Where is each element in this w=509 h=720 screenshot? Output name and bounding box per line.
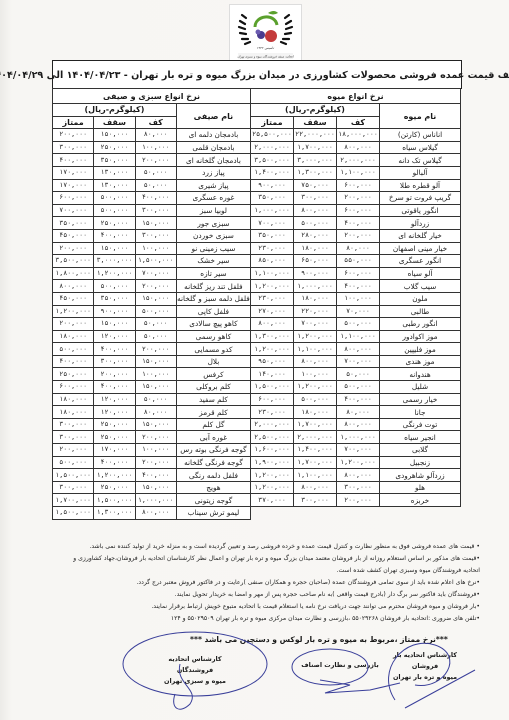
veg-row: پیاز زرد۵۰,۰۰۰۱۳۰,۰۰۰۱۷۰,۰۰۰: [53, 166, 251, 179]
veg-cell-name: سیر خشک: [176, 255, 250, 268]
veg-row: غوره آبی۲۰۰,۰۰۰۲۵۰,۰۰۰۳۰۰,۰۰۰: [53, 431, 251, 444]
veg-cell-name: سیر تازه: [176, 267, 250, 280]
veg-row: گوجه فرنگی گلخانه۲۰۰,۰۰۰۴۰۰,۰۰۰۵۰۰,۰۰۰: [53, 456, 251, 469]
fruit-row: هلو۳۰۰,۰۰۰۸۰۰,۰۰۰۱,۲۰۰,۰۰۰: [251, 481, 461, 494]
veg-cell-min: ۱,۵۰۰,۰۰۰: [135, 255, 176, 268]
note-4: •فروشندگان باید فاکتور سر برگ دار (بادرج…: [60, 589, 480, 601]
veg-cell-name: گوجه فرنگی بوته رس: [176, 444, 250, 457]
veg-cell-premium: ۸۰۰,۰۰۰: [53, 280, 94, 293]
fruit-cell-min: ۸۰۰,۰۰۰: [337, 418, 380, 431]
note-5: •بار فروشان و میوه فروشان محترم می توانن…: [60, 601, 480, 613]
veg-cell-max: ۴۰۰,۰۰۰: [94, 456, 135, 469]
fruit-cell-max: ۱,۱۰۰,۰۰۰: [294, 343, 337, 356]
fruit-row: انجیر سیاه۱,۰۰۰,۰۰۰۲,۰۰۰,۰۰۰۲,۵۰۰,۰۰۰: [251, 431, 461, 444]
veg-cell-max: ۱۵۰,۰۰۰: [94, 242, 135, 255]
note-1: • قیمت های عمده فروشی فوق به منظور نظارت…: [60, 541, 480, 553]
fruit-cell-max: ۱,۷۰۰,۰۰۰: [294, 418, 337, 431]
fruit-cell-name: موز فلیپین: [380, 343, 461, 356]
veg-cell-min: ۵۰,۰۰۰: [135, 179, 176, 192]
fruit-cell-min: ۸۰,۰۰۰: [337, 242, 380, 255]
veg-cell-max: ۲۵۰,۰۰۰: [94, 141, 135, 154]
fruit-cell-min: ۱,۲۰۰,۰۰۰: [337, 456, 380, 469]
veg-cell-max: ۱۲۰,۰۰۰: [94, 393, 135, 406]
fruit-cell-min: ۶۰۰,۰۰۰: [337, 179, 380, 192]
signature-scribble-icon: [290, 645, 410, 705]
veg-cell-premium: ۴۵۰,۰۰۰: [53, 229, 94, 242]
fruit-wreath-logo-icon: تاسیس ۱۳۴۲ اتحادیه صنف فروشندگان میوه و …: [230, 5, 301, 61]
fruit-cell-min: ۸۰۰,۰۰۰: [337, 343, 380, 356]
veg-row: بادمجان گلخانه ای۲۰۰,۰۰۰۳۵۰,۰۰۰۴۰۰,۰۰۰: [53, 154, 251, 167]
fruit-cell-name: انگور یاقوتی: [380, 204, 461, 217]
fruit-cell-name: هندوانه: [380, 368, 461, 381]
fruit-cell-premium: ۲۳۰,۰۰۰: [251, 406, 294, 419]
veg-cell-name: فلفل دلمه سبز و گلخانه: [176, 292, 250, 305]
veg-cell-name: کرفس: [176, 368, 250, 381]
veg-cell-premium: ۶۰۰,۰۰۰: [53, 192, 94, 205]
fruit-cell-min: ۱۸,۰۰۰,۰۰۰: [337, 129, 380, 142]
fruit-cell-premium: ۳۷۰,۰۰۰: [251, 494, 294, 507]
fruit-row: انگور رطبی۵۰۰,۰۰۰۷۰۰,۰۰۰۸۰۰,۰۰۰: [251, 318, 461, 331]
veg-cell-premium: ۳۵۰,۰۰۰: [53, 217, 94, 230]
logo-caption-text: اتحادیه صنف فروشندگان میوه و سبزی تهران: [237, 55, 293, 59]
fruit-cell-name: آلبالو: [380, 166, 461, 179]
veg-cell-max: ۴۰۰,۰۰۰: [94, 381, 135, 394]
veg-cell-premium: ۴۰۰,۰۰۰: [53, 355, 94, 368]
veg-cell-min: ۱۰۰,۰۰۰: [135, 444, 176, 457]
signature-inspection: بازرسی و نظارت اصناف: [300, 660, 380, 671]
veg-cell-max: ۳,۰۰۰,۰۰۰: [94, 255, 135, 268]
fruit-cell-premium: ۳۵۰,۰۰۰: [251, 192, 294, 205]
veg-cell-name: کلم سفید: [176, 393, 250, 406]
veg-cell-premium: ۱۷۰,۰۰۰: [53, 166, 94, 179]
veg-cell-min: ۸۰۰,۰۰۰: [135, 507, 176, 520]
fruit-cell-max: ۲۲۰,۰۰۰: [294, 305, 337, 318]
fruit-cell-min: ۳۰۰,۰۰۰: [337, 481, 380, 494]
fruit-cell-premium: ۱,۲۰۰,۰۰۰: [251, 280, 294, 293]
veg-cell-max: ۱,۲۰۰,۰۰۰: [94, 469, 135, 482]
veg-row: کاهو پیچ سالادی۵۰,۰۰۰۱۵۰,۰۰۰۲۰۰,۰۰۰: [53, 318, 251, 331]
fruit-cell-premium: ۱۴۰,۰۰۰: [251, 368, 294, 381]
fruit-cell-max: ۱,۱۰۰,۰۰۰: [294, 469, 337, 482]
fruit-cell-premium: ۲,۵۰۰,۰۰۰: [251, 431, 294, 444]
veg-cell-premium: ۱۸۰,۰۰۰: [53, 393, 94, 406]
fruit-cell-max: ۱,۰۰۰,۰۰۰: [294, 280, 337, 293]
fruit-cell-premium: ۱,۴۰۰,۰۰۰: [251, 166, 294, 179]
veg-cell-min: ۵۰,۰۰۰: [135, 166, 176, 179]
veg-cell-max: ۱۲۰,۰۰۰: [94, 406, 135, 419]
fruit-cell-max: ۲۸۰,۰۰۰: [294, 229, 337, 242]
fruit-row: سیب گلاب۴۰۰,۰۰۰۱,۰۰۰,۰۰۰۱,۲۰۰,۰۰۰: [251, 280, 461, 293]
veg-cell-max: ۲۵۰,۰۰۰: [94, 418, 135, 431]
veg-cell-max: ۱۵۰,۰۰۰: [94, 318, 135, 331]
veg-row: هویج۱۵۰,۰۰۰۲۵۰,۰۰۰۳۰۰,۰۰۰: [53, 481, 251, 494]
fruit-cell-min: ۱,۰۰۰,۰۰۰: [337, 431, 380, 444]
veg-cell-premium: ۱,۵۰۰,۰۰۰: [53, 469, 94, 482]
veg-cell-min: ۵۰,۰۰۰: [135, 318, 176, 331]
veg-cell-name: کلم قرمز: [176, 406, 250, 419]
fruit-cell-name: خربزه: [380, 494, 461, 507]
veg-section-title: نرخ انواع سبزی و صیفی: [53, 89, 251, 104]
veg-row: گل کلم۱۵۰,۰۰۰۲۵۰,۰۰۰۳۰۰,۰۰۰: [53, 418, 251, 431]
fruit-row: شلیل۵۰۰,۰۰۰۱,۲۰۰,۰۰۰۱,۵۰۰,۰۰۰: [251, 381, 461, 394]
fruit-row: موز فلیپین۸۰۰,۰۰۰۱,۱۰۰,۰۰۰۱,۲۰۰,۰۰۰: [251, 343, 461, 356]
veg-cell-max: ۲۵۰,۰۰۰: [94, 431, 135, 444]
veg-cell-name: بادمجان گلخانه ای: [176, 154, 250, 167]
veg-cell-max: ۱۵۰,۰۰۰: [94, 129, 135, 142]
fruit-cell-min: ۵۰۰,۰۰۰: [337, 381, 380, 394]
veg-row: سبزی جور۱۵۰,۰۰۰۲۵۰,۰۰۰۳۵۰,۰۰۰: [53, 217, 251, 230]
fruit-row: خیار رسمی۴۰۰,۰۰۰۵۰۰,۰۰۰۶۰۰,۰۰۰: [251, 393, 461, 406]
veg-cell-name: کدو مسمایی: [176, 343, 250, 356]
veg-cell-min: ۴۰۰,۰۰۰: [135, 192, 176, 205]
veg-cell-min: ۴۰۰,۰۰۰: [135, 469, 176, 482]
fruit-cell-name: زردآلو: [380, 217, 461, 230]
veg-cell-name: لوبیا سبز: [176, 204, 250, 217]
fruit-row: زردآلو شاهرودی۸۰۰,۰۰۰۱,۱۰۰,۰۰۰۱,۲۰۰,۰۰۰: [251, 469, 461, 482]
veg-cell-min: ۱۵۰,۰۰۰: [135, 481, 176, 494]
veg-row: بلال۱۵۰,۰۰۰۳۰۰,۰۰۰۴۰۰,۰۰۰: [53, 355, 251, 368]
veg-cell-max: ۹۰۰,۰۰۰: [94, 305, 135, 318]
fruit-cell-max: ۱۸۰,۰۰۰: [294, 242, 337, 255]
veg-cell-premium: ۱,۸۰۰,۰۰۰: [53, 267, 94, 280]
veg-cell-name: کلم بروکلی: [176, 381, 250, 394]
veg-cell-premium: ۲۰۰,۰۰۰: [53, 129, 94, 142]
fruit-cell-max: ۲,۰۰۰,۰۰۰: [294, 431, 337, 444]
veg-row: فلفل کاپی۵۰۰,۰۰۰۹۰۰,۰۰۰۱,۲۰۰,۰۰۰: [53, 305, 251, 318]
veg-cell-min: ۲۰۰,۰۰۰: [135, 154, 176, 167]
fruit-row: گیلاس تک دانه۲,۰۰۰,۰۰۰۳,۰۰۰,۰۰۰۳,۵۰۰,۰۰۰: [251, 154, 461, 167]
veg-cell-min: ۳۰۰,۰۰۰: [135, 204, 176, 217]
veg-cell-name: فلفل تند ریز گلخانه: [176, 280, 250, 293]
veg-row: کرفس۱۰۰,۰۰۰۲۰۰,۰۰۰۲۵۰,۰۰۰: [53, 368, 251, 381]
veg-cell-max: ۵۰۰,۰۰۰: [94, 204, 135, 217]
fruit-cell-premium: ۱,۱۰۰,۰۰۰: [251, 267, 294, 280]
veg-cell-name: لیمو ترش سیناب: [176, 507, 250, 520]
veg-cell-max: ۴۰۰,۰۰۰: [94, 343, 135, 356]
veg-cell-max: ۱۲۰,۰۰۰: [94, 330, 135, 343]
veg-cell-max: ۱۳۰,۰۰۰: [94, 166, 135, 179]
veg-cell-max: ۳۵۰,۰۰۰: [94, 292, 135, 305]
fruit-cell-premium: ۱,۲۰۰,۰۰۰: [251, 481, 294, 494]
fruit-cell-name: خیار مینی اصفهان: [380, 242, 461, 255]
fruit-cell-max: ۱,۲۰۰,۰۰۰: [294, 381, 337, 394]
veg-cell-name: هویج: [176, 481, 250, 494]
veg-cell-name: گوجه فرنگی گلخانه: [176, 456, 250, 469]
veg-cell-min: ۲۰۰,۰۰۰: [135, 456, 176, 469]
fruit-cell-max: ۸۰۰,۰۰۰: [294, 481, 337, 494]
fruit-row: جانا۸۰,۰۰۰۱۸۰,۰۰۰۲۳۰,۰۰۰: [251, 406, 461, 419]
fruit-row: گریپ فروت تو سرخ۲۰۰,۰۰۰۳۰۰,۰۰۰۳۵۰,۰۰۰: [251, 192, 461, 205]
fruit-cell-premium: ۱,۳۰۰,۰۰۰: [251, 330, 294, 343]
fruit-cell-max: ۱,۳۰۰,۰۰۰: [294, 166, 337, 179]
veg-row: کدو مسمایی۲۰۰,۰۰۰۴۰۰,۰۰۰۵۰۰,۰۰۰: [53, 343, 251, 356]
veg-cell-min: ۱۰۰,۰۰۰: [135, 368, 176, 381]
fruit-cell-min: ۸۰,۰۰۰: [337, 406, 380, 419]
fruit-cell-premium: ۱,۲۰۰,۰۰۰: [251, 469, 294, 482]
veg-cell-premium: ۶۰۰,۰۰۰: [53, 381, 94, 394]
veg-row: لیمو ترش سیناب۸۰۰,۰۰۰۱,۳۰۰,۰۰۰۱,۵۰۰,۰۰۰: [53, 507, 251, 520]
veg-cell-max: ۵۰۰,۰۰۰: [94, 192, 135, 205]
veg-cell-min: ۲۰۰,۰۰۰: [135, 280, 176, 293]
veg-cell-premium: ۴۰۰,۰۰۰: [53, 154, 94, 167]
note-3: •نرخ های اعلام شده باید از سوی تمامی فرو…: [60, 577, 480, 589]
fruit-cell-name: توت فرنگی: [380, 418, 461, 431]
fruit-cell-min: ۶۰۰,۰۰۰: [337, 267, 380, 280]
veg-cell-premium: ۲۰۰,۰۰۰: [53, 318, 94, 331]
fruit-cell-premium: ۷۰۰,۰۰۰: [251, 217, 294, 230]
note-6: •تلفن های ضروری :اتحادیه بار فروشان ۵۵۰۲…: [60, 613, 480, 625]
fruit-cell-min: ۴۰۰,۰۰۰: [337, 393, 380, 406]
fruit-price-table: نرخ انواع میوه نام میوه (کیلوگرم-ریال) ک…: [250, 88, 461, 507]
fruit-cell-max: ۸۰۰,۰۰۰: [294, 355, 337, 368]
fruit-cell-premium: ۱,۹۰۰,۰۰۰: [251, 456, 294, 469]
fruit-cell-min: ۸۰۰,۰۰۰: [337, 141, 380, 154]
fruit-cell-name: انگور رطبی: [380, 318, 461, 331]
veg-row: گوجه زیتونی۱,۰۰۰,۰۰۰۱,۵۰۰,۰۰۰۱,۷۰۰,۰۰۰: [53, 494, 251, 507]
fruit-cell-premium: ۸۰۰,۰۰۰: [251, 318, 294, 331]
fruit-cell-max: ۱,۷۰۰,۰۰۰: [294, 456, 337, 469]
fruit-unit: (کیلوگرم-ریال): [251, 104, 380, 117]
vegetable-price-table: نرخ انواع سبزی و صیفی نام صیفی (کیلوگرم-…: [52, 88, 251, 520]
veg-cell-premium: ۳۰۰,۰۰۰: [53, 141, 94, 154]
fruit-cell-name: گریپ فروت تو سرخ: [380, 192, 461, 205]
veg-cell-premium: ۳,۵۰۰,۰۰۰: [53, 255, 94, 268]
fruit-cell-name: زردآلو شاهرودی: [380, 469, 461, 482]
fruit-col-max: سقف: [294, 116, 337, 129]
fruit-row: زنجبیل۱,۲۰۰,۰۰۰۱,۷۰۰,۰۰۰۱,۹۰۰,۰۰۰: [251, 456, 461, 469]
fruit-cell-max: ۱۸۰,۰۰۰: [294, 292, 337, 305]
veg-row: کاهو رسمی۵۰,۰۰۰۱۲۰,۰۰۰۱۸۰,۰۰۰: [53, 330, 251, 343]
veg-col-min: کف: [135, 116, 176, 129]
fruit-cell-min: ۱۰۰,۰۰۰: [337, 292, 380, 305]
fruit-cell-premium: ۹۵۰,۰۰۰: [251, 355, 294, 368]
fruit-cell-premium: ۳۵۰,۰۰۰: [251, 229, 294, 242]
fruit-cell-min: ۲۰۰,۰۰۰: [337, 229, 380, 242]
veg-col-premium: ممتاز: [53, 116, 94, 129]
veg-cell-name: سبزی جور: [176, 217, 250, 230]
veg-cell-min: ۳۰۰,۰۰۰: [135, 229, 176, 242]
fruit-cell-name: ملون: [380, 292, 461, 305]
veg-cell-min: ۱۰۰,۰۰۰: [135, 141, 176, 154]
fruit-cell-premium: ۲۳۰,۰۰۰: [251, 242, 294, 255]
fruit-cell-max: ۲۲,۰۰۰,۰۰۰: [294, 129, 337, 142]
veg-cell-name: بادمجان قلمی: [176, 141, 250, 154]
veg-row: فلفل دلمه سبز و گلخانه۱۵۰,۰۰۰۳۵۰,۰۰۰۴۵۰,…: [53, 292, 251, 305]
fruit-cell-name: خیار گلخانه ای: [380, 229, 461, 242]
veg-cell-max: ۲۵۰,۰۰۰: [94, 217, 135, 230]
fruit-cell-max: ۱,۷۰۰,۰۰۰: [294, 141, 337, 154]
veg-cell-premium: ۷۰۰,۰۰۰: [53, 204, 94, 217]
fruit-cell-premium: ۱,۲۰۰,۰۰۰: [251, 343, 294, 356]
fruit-row: گیلاس سیاه۸۰۰,۰۰۰۱,۷۰۰,۰۰۰۲,۰۰۰,۰۰۰: [251, 141, 461, 154]
signature-veg-union: کارشناس اتحادیه فروشندگان میوه و سبزی ته…: [150, 654, 240, 687]
veg-cell-name: پیاز زرد: [176, 166, 250, 179]
fruit-cell-max: ۹۰۰,۰۰۰: [294, 267, 337, 280]
veg-row: فلفل دلمه رنگی۴۰۰,۰۰۰۱,۲۰۰,۰۰۰۱,۵۰۰,۰۰۰: [53, 469, 251, 482]
veg-cell-min: ۲۰۰,۰۰۰: [135, 431, 176, 444]
fruit-cell-premium: ۱,۰۰۰,۰۰۰: [251, 204, 294, 217]
veg-cell-name: پیاز شیری: [176, 179, 250, 192]
fruit-col-min: کف: [337, 116, 380, 129]
veg-cell-min: ۱,۰۰۰,۰۰۰: [135, 494, 176, 507]
fruit-cell-max: ۳۰۰,۰۰۰: [294, 494, 337, 507]
fruit-row: خربزه۲۰۰,۰۰۰۳۰۰,۰۰۰۳۷۰,۰۰۰: [251, 494, 461, 507]
veg-cell-max: ۱,۵۰۰,۰۰۰: [94, 494, 135, 507]
fruit-cell-premium: ۶۰۰,۰۰۰: [251, 393, 294, 406]
fruit-cell-premium: ۳,۵۰۰,۰۰۰: [251, 154, 294, 167]
logo-est-text: تاسیس ۱۳۴۲: [257, 46, 275, 50]
fruit-cell-name: جانا: [380, 406, 461, 419]
fruit-cell-min: ۴۰۰,۰۰۰: [337, 217, 380, 230]
fruit-row: انگور یاقوتی۶۰۰,۰۰۰۸۰۰,۰۰۰۱,۰۰۰,۰۰۰: [251, 204, 461, 217]
fruit-cell-premium: ۲۳۰,۰۰۰: [251, 292, 294, 305]
fruit-cell-max: ۱۸۰,۰۰۰: [294, 406, 337, 419]
veg-cell-premium: ۱۸۰,۰۰۰: [53, 330, 94, 343]
fruit-cell-premium: ۱,۵۰۰,۰۰۰: [251, 381, 294, 394]
fruit-cell-min: ۱,۱۰۰,۰۰۰: [337, 166, 380, 179]
veg-cell-name: بلال: [176, 355, 250, 368]
veg-unit: (کیلوگرم-ریال): [53, 104, 177, 117]
fruit-cell-name: زنجبیل: [380, 456, 461, 469]
fruit-cell-max: ۷۵۰,۰۰۰: [294, 179, 337, 192]
veg-row: فلفل تند ریز گلخانه۲۰۰,۰۰۰۵۰۰,۰۰۰۸۰۰,۰۰۰: [53, 280, 251, 293]
fruit-row: زردآلو۴۰۰,۰۰۰۵۰۰,۰۰۰۷۰۰,۰۰۰: [251, 217, 461, 230]
veg-cell-min: ۱۵۰,۰۰۰: [135, 418, 176, 431]
veg-cell-name: کاهو پیچ سالادی: [176, 318, 250, 331]
fruit-row: طالبی۷۰,۰۰۰۲۲۰,۰۰۰۲۷۰,۰۰۰: [251, 305, 461, 318]
fruit-cell-min: ۱,۱۰۰,۰۰۰: [337, 330, 380, 343]
fruit-cell-name: موز اکوادور: [380, 330, 461, 343]
fruit-cell-max: ۱۰۰,۰۰۰: [294, 368, 337, 381]
fruit-cell-premium: ۲,۰۰۰,۰۰۰: [251, 418, 294, 431]
fruit-cell-min: ۲,۰۰۰,۰۰۰: [337, 154, 380, 167]
veg-cell-min: ۸۰,۰۰۰: [135, 129, 176, 142]
fruit-cell-name: آلو قطره طلا: [380, 179, 461, 192]
veg-cell-max: ۵۰۰,۰۰۰: [94, 280, 135, 293]
fruit-cell-min: ۴۰۰,۰۰۰: [337, 280, 380, 293]
fruit-cell-min: ۸۰۰,۰۰۰: [337, 469, 380, 482]
veg-row: سیر خشک۱,۵۰۰,۰۰۰۳,۰۰۰,۰۰۰۳,۵۰۰,۰۰۰: [53, 255, 251, 268]
fruit-cell-premium: ۱,۶۰۰,۰۰۰: [251, 444, 294, 457]
fruit-cell-name: خیار رسمی: [380, 393, 461, 406]
fruit-cell-name: هلو: [380, 481, 461, 494]
veg-cell-premium: ۱,۲۰۰,۰۰۰: [53, 305, 94, 318]
fruit-cell-name: انگور عسگری: [380, 255, 461, 268]
fruit-cell-name: سیب گلاب: [380, 280, 461, 293]
fruit-cell-min: ۷۰۰,۰۰۰: [337, 444, 380, 457]
veg-cell-max: ۲۵۰,۰۰۰: [94, 481, 135, 494]
veg-cell-min: ۷۰۰,۰۰۰: [135, 267, 176, 280]
veg-cell-premium: ۵۰۰,۰۰۰: [53, 343, 94, 356]
veg-cell-name: فلفل کاپی: [176, 305, 250, 318]
veg-cell-min: ۱۵۰,۰۰۰: [135, 292, 176, 305]
veg-cell-name: بادمجان دلمه ای: [176, 129, 250, 142]
fruit-section-title: نرخ انواع میوه: [251, 89, 461, 104]
veg-row: گوجه فرنگی بوته رس۱۰۰,۰۰۰۱۷۰,۰۰۰۲۰۰,۰۰۰: [53, 444, 251, 457]
document-page: تاسیس ۱۳۴۲ اتحادیه صنف فروشندگان میوه و …: [0, 0, 509, 720]
veg-cell-max: ۳۰۰,۰۰۰: [94, 355, 135, 368]
fruit-row: ملون۱۰۰,۰۰۰۱۸۰,۰۰۰۲۳۰,۰۰۰: [251, 292, 461, 305]
fruit-row: انگور عسگری۵۵۰,۰۰۰۶۵۰,۰۰۰۸۵۰,۰۰۰: [251, 255, 461, 268]
fruit-row: خیار مینی اصفهان۸۰,۰۰۰۱۸۰,۰۰۰۲۳۰,۰۰۰: [251, 242, 461, 255]
veg-cell-min: ۱۰۰,۰۰۰: [135, 242, 176, 255]
fruit-cell-name: گیلاس سیاه: [380, 141, 461, 154]
veg-cell-premium: ۲۰۰,۰۰۰: [53, 242, 94, 255]
fruit-row: توت فرنگی۸۰۰,۰۰۰۱,۷۰۰,۰۰۰۲,۰۰۰,۰۰۰: [251, 418, 461, 431]
veg-row: سبزی خوردن۳۰۰,۰۰۰۴۰۰,۰۰۰۴۵۰,۰۰۰: [53, 229, 251, 242]
fruit-cell-min: ۶۰۰,۰۰۰: [337, 204, 380, 217]
note-2: •قیمت های مذکور بر اساس استعلام روزانه ا…: [60, 553, 480, 577]
veg-cell-premium: ۴۵۰,۰۰۰: [53, 292, 94, 305]
fruit-cell-max: ۳,۰۰۰,۰۰۰: [294, 154, 337, 167]
veg-cell-premium: ۱۷۰,۰۰۰: [53, 179, 94, 192]
fruit-cell-name: اناناس (کارتن): [380, 129, 461, 142]
notes-section: • قیمت های عمده فروشی فوق به منظور نظارت…: [60, 541, 480, 625]
fruit-cell-max: ۱,۴۰۰,۰۰۰: [294, 444, 337, 457]
fruit-cell-name: طالبی: [380, 305, 461, 318]
fruit-col-premium: ممتاز: [251, 116, 294, 129]
veg-cell-premium: ۱,۷۰۰,۰۰۰: [53, 494, 94, 507]
veg-cell-max: ۱۷۰,۰۰۰: [94, 444, 135, 457]
fruit-cell-min: ۲۰۰,۰۰۰: [337, 494, 380, 507]
veg-cell-name: سیب زمینی نو: [176, 242, 250, 255]
veg-cell-min: ۵۰۰,۰۰۰: [135, 305, 176, 318]
fruit-cell-max: ۵۰۰,۰۰۰: [294, 217, 337, 230]
fruit-row: آلو قطره طلا۶۰۰,۰۰۰۷۵۰,۰۰۰۹۰۰,۰۰۰: [251, 179, 461, 192]
fruit-cell-min: ۲۰۰,۰۰۰: [337, 192, 380, 205]
veg-cell-max: ۳۵۰,۰۰۰: [94, 154, 135, 167]
veg-cell-premium: ۳۰۰,۰۰۰: [53, 418, 94, 431]
veg-cell-max: ۱,۲۰۰,۰۰۰: [94, 267, 135, 280]
veg-row: سیب زمینی نو۱۰۰,۰۰۰۱۵۰,۰۰۰۲۰۰,۰۰۰: [53, 242, 251, 255]
fruit-cell-max: ۱,۲۰۰,۰۰۰: [294, 330, 337, 343]
veg-cell-premium: ۱,۵۰۰,۰۰۰: [53, 507, 94, 520]
veg-cell-max: ۱,۳۰۰,۰۰۰: [94, 507, 135, 520]
fruit-cell-name: موز هندی: [380, 355, 461, 368]
veg-row: بادمجان دلمه ای۸۰,۰۰۰۱۵۰,۰۰۰۲۰۰,۰۰۰: [53, 129, 251, 142]
veg-cell-max: ۲۰۰,۰۰۰: [94, 368, 135, 381]
veg-cell-name: غوره عسگری: [176, 192, 250, 205]
veg-row: لوبیا سبز۳۰۰,۰۰۰۵۰۰,۰۰۰۷۰۰,۰۰۰: [53, 204, 251, 217]
veg-cell-min: ۵۰,۰۰۰: [135, 330, 176, 343]
fruit-cell-name: گیلاس تک دانه: [380, 154, 461, 167]
veg-cell-name: کاهو رسمی: [176, 330, 250, 343]
fruit-cell-premium: ۲,۰۰۰,۰۰۰: [251, 141, 294, 154]
union-logo: تاسیس ۱۳۴۲ اتحادیه صنف فروشندگان میوه و …: [229, 4, 302, 62]
fruit-cell-max: ۵۰۰,۰۰۰: [294, 393, 337, 406]
fruit-cell-name: انجیر سیاه: [380, 431, 461, 444]
veg-row: پیاز شیری۵۰,۰۰۰۱۳۰,۰۰۰۱۷۰,۰۰۰: [53, 179, 251, 192]
fruit-row: گلابی۷۰۰,۰۰۰۱,۴۰۰,۰۰۰۱,۶۰۰,۰۰۰: [251, 444, 461, 457]
veg-cell-min: ۱۵۰,۰۰۰: [135, 381, 176, 394]
fruit-cell-premium: ۲۵,۵۰۰,۰۰۰: [251, 129, 294, 142]
fruit-cell-min: ۷۰,۰۰۰: [337, 305, 380, 318]
veg-cell-name: گوجه زیتونی: [176, 494, 250, 507]
veg-cell-premium: ۲۰۰,۰۰۰: [53, 444, 94, 457]
fruit-cell-max: ۸۰۰,۰۰۰: [294, 204, 337, 217]
veg-cell-premium: ۵۰۰,۰۰۰: [53, 456, 94, 469]
veg-cell-premium: ۱۸۰,۰۰۰: [53, 406, 94, 419]
veg-cell-min: ۲۰۰,۰۰۰: [135, 343, 176, 356]
veg-row: بادمجان قلمی۱۰۰,۰۰۰۲۵۰,۰۰۰۳۰۰,۰۰۰: [53, 141, 251, 154]
fruit-cell-name: گلابی: [380, 444, 461, 457]
fruit-cell-min: ۵۵۰,۰۰۰: [337, 255, 380, 268]
fruit-row: هندوانه۵۰,۰۰۰۱۰۰,۰۰۰۱۴۰,۰۰۰: [251, 368, 461, 381]
fruit-cell-min: ۵۰۰,۰۰۰: [337, 318, 380, 331]
veg-row: کلم سفید۵۰,۰۰۰۱۲۰,۰۰۰۱۸۰,۰۰۰: [53, 393, 251, 406]
fruit-cell-name: شلیل: [380, 381, 461, 394]
veg-cell-premium: ۲۵۰,۰۰۰: [53, 368, 94, 381]
